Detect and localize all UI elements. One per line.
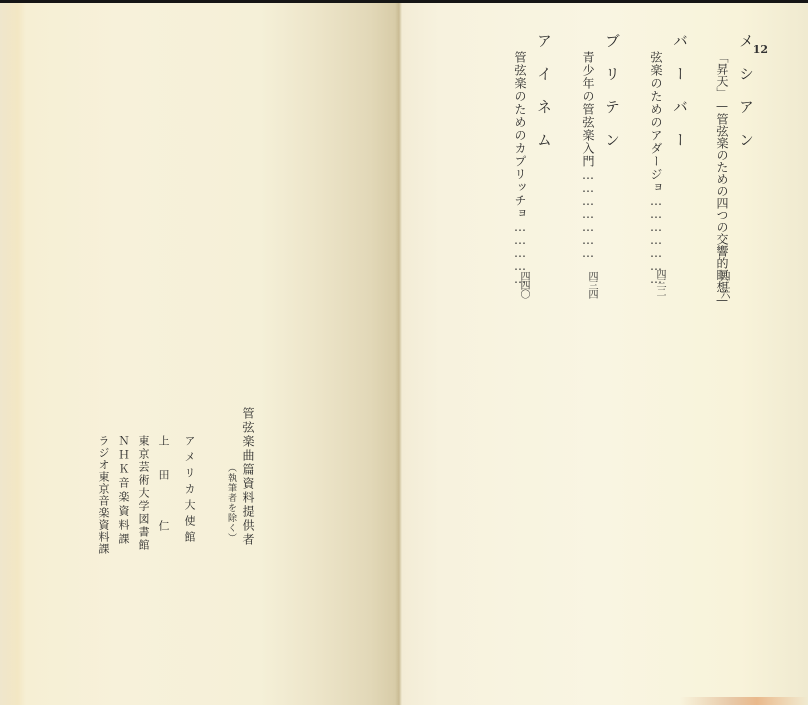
work-title-text: 青少年の管弦楽入門 xyxy=(581,51,595,168)
book-spread: 管弦楽曲篇資料提供者 （執筆者を除く） アメリカ大使館 上 田 仁 東京芸術大学… xyxy=(0,3,808,705)
credit-item: ラジオ東京音楽資料課 xyxy=(98,435,109,555)
composer-name: アイネム xyxy=(536,33,551,165)
right-page: 12 メシアン 「昇天」—管弦楽のための四つの交響的瞑想— 四二六 バーバー 弦… xyxy=(400,3,808,705)
work-title-text: 管弦楽のためのカプリッチョ xyxy=(513,51,527,220)
work-title-text: 「昇天」—管弦楽のための四つの交響的瞑想— xyxy=(715,51,729,307)
work-title: 弦楽のためのアダージョ………………… xyxy=(650,51,662,285)
toc-page-ref: 四三四 xyxy=(586,271,596,298)
credit-item: アメリカ大使館 xyxy=(184,435,195,547)
work-title-text: 弦楽のためのアダージョ xyxy=(649,51,663,194)
toc-page-ref: 四三二 xyxy=(654,269,664,296)
credit-item: 上 田 仁 xyxy=(158,435,169,537)
toc-page-ref: 四二六 xyxy=(718,271,728,298)
work-title: 管弦楽のためのカプリッチョ…………… xyxy=(514,51,526,285)
work-title: 青少年の管弦楽入門………………… xyxy=(582,51,594,259)
composer-name: バーバー xyxy=(672,33,687,165)
credit-item: ＮＨＫ音楽資料課 xyxy=(118,435,129,547)
left-page: 管弦楽曲篇資料提供者 （執筆者を除く） アメリカ大使館 上 田 仁 東京芸術大学… xyxy=(0,3,400,705)
credits-title: 管弦楽曲篇資料提供者 xyxy=(242,407,254,547)
composer-name: メシアン xyxy=(738,33,753,165)
page-edge-stain xyxy=(680,697,808,705)
credit-item: 東京芸術大学図書館 xyxy=(138,435,149,552)
toc-page-ref: 四四〇 xyxy=(518,271,528,298)
work-title: 「昇天」—管弦楽のための四つの交響的瞑想— xyxy=(716,51,728,307)
composer-name: ブリテン xyxy=(604,33,619,165)
credits-note: （執筆者を除く） xyxy=(226,463,235,543)
dot-leader: ………………… xyxy=(582,168,594,259)
